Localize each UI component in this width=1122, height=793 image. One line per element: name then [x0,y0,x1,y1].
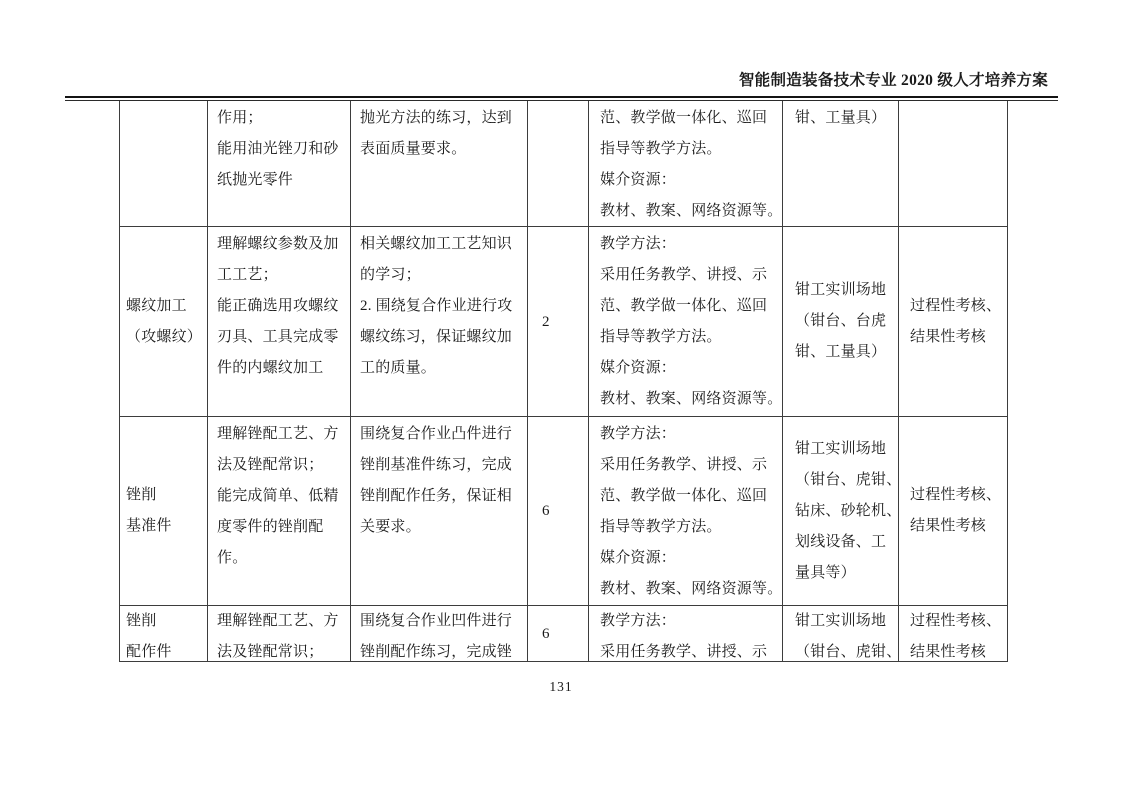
cell-text-line: 采用任务教学、讲授、示 [600,260,782,291]
cell-text-line: 法及锉配常识； [217,450,348,481]
cell-text-line: 范、教学做一体化、巡回 [600,481,782,512]
cell-text-line: （攻螺纹） [126,322,207,353]
cell-text-line: 相关螺纹加工工艺知识 [360,229,525,260]
cell-text-line: 过程性考核、 [910,291,1007,322]
cell-text-line: 抛光方法的练习，达到 [360,103,525,134]
cell-objectives: 理解锉配工艺、方法及锉配常识；能完成简单、低精度零件的锉削配作。 [208,417,351,606]
cell-text-line: 刃具、工具完成零 [217,322,348,353]
cell-venue-equipment: 钳、工量具） [783,101,899,227]
cell-text-line: 划线设备、工 [795,527,898,558]
cell-hours: 2 [528,227,589,417]
cell-assessment: 过程性考核、结果性考核 [899,227,1008,417]
cell-text-line: 范、教学做一体化、巡回 [600,103,782,134]
cell-text-line: 理解螺纹参数及加 [217,229,348,260]
cell-text-line: 教学方法： [600,419,782,450]
cell-text-line: 钻床、砂轮机、 [795,496,898,527]
cell-venue-equipment: 钳工实训场地（钳台、虎钳、钻床、砂轮机、划线设备、工量具等） [783,417,899,606]
cell-venue-equipment: 钳工实训场地（钳台、台虎钳、工量具） [783,227,899,417]
cell-text-line: （钳台、台虎 [795,306,898,337]
cell-text-line: 媒介资源： [600,165,782,196]
cell-text-line: 教材、教案、网络资源等。 [600,574,782,605]
cell-methods-resources: 范、教学做一体化、巡回指导等教学方法。媒介资源：教材、教案、网络资源等。 [589,101,783,227]
cell-hours: 6 [528,606,589,662]
cell-text-line: （钳台、虎钳、 [795,465,898,496]
table-row: 螺纹加工（攻螺纹） 理解螺纹参数及加工工艺；能正确选用攻螺纹刃具、工具完成零件的… [120,227,1008,417]
cell-unit [120,101,208,227]
cell-text-line: 2. 围绕复合作业进行攻 [360,291,525,322]
course-plan-table: 作用；能用油光锉刀和砂纸抛光零件 抛光方法的练习，达到表面质量要求。 范、教学做… [119,101,1008,662]
cell-text-line: 配作件 [126,637,207,662]
document-page: 智能制造装备技术专业 2020 级人才培养方案 作用；能用油光锉刀和砂纸抛光零件… [0,0,1122,793]
cell-text-line: 指导等教学方法。 [600,134,782,165]
cell-text-line: 量具等） [795,558,898,589]
cell-text-line: 钳、工量具） [795,103,898,134]
cell-text-line: 钳工实训场地 [795,606,898,637]
cell-text-line: 结果性考核 [910,511,1007,542]
cell-text-line: 媒介资源： [600,543,782,574]
cell-text-line: 能完成简单、低精 [217,481,348,512]
cell-text-line: 能正确选用攻螺纹 [217,291,348,322]
hours-value: 2 [542,313,588,331]
cell-text-line: 理解锉配工艺、方 [217,419,348,450]
cell-unit: 螺纹加工（攻螺纹） [120,227,208,417]
cell-text-line: 采用任务教学、讲授、示 [600,637,782,662]
cell-text-line: 媒介资源： [600,353,782,384]
page-header-title: 智能制造装备技术专业 2020 级人才培养方案 [65,68,1058,90]
hours-value: 6 [542,625,588,643]
cell-text-line: 钳工实训场地 [795,275,898,306]
cell-objectives: 理解螺纹参数及加工工艺；能正确选用攻螺纹刃具、工具完成零件的内螺纹加工 [208,227,351,417]
cell-text-line: 过程性考核、 [910,480,1007,511]
cell-text-line: 范、教学做一体化、巡回 [600,291,782,322]
cell-text-line: 件的内螺纹加工 [217,353,348,384]
cell-content: 相关螺纹加工工艺知识的学习；2. 围绕复合作业进行攻螺纹练习，保证螺纹加工的质量… [351,227,528,417]
cell-text-line: 过程性考核、 [910,606,1007,637]
cell-text-line: 作。 [217,543,348,574]
cell-text-line: 围绕复合作业凸件进行 [360,419,525,450]
cell-assessment: 过程性考核、结果性考核 [899,606,1008,662]
cell-text-line: 教材、教案、网络资源等。 [600,384,782,415]
cell-text-line: 理解锉配工艺、方 [217,606,348,637]
cell-assessment: 过程性考核、结果性考核 [899,417,1008,606]
cell-text-line: 指导等教学方法。 [600,322,782,353]
cell-text-line: 锉削基准件练习，完成 [360,450,525,481]
cell-content: 围绕复合作业凹件进行锉削配作练习，完成锉 [351,606,528,662]
cell-text-line: 教学方法： [600,606,782,637]
cell-unit: 锉削基准件 [120,417,208,606]
cell-text-line: 结果性考核 [910,637,1007,662]
cell-text-line: 锉削配作任务，保证相 [360,481,525,512]
cell-hours [528,101,589,227]
table-row: 锉削配作件 理解锉配工艺、方法及锉配常识； 围绕复合作业凹件进行锉削配作练习，完… [120,606,1008,662]
cell-text-line: 围绕复合作业凹件进行 [360,606,525,637]
cell-text-line: 作用； [217,103,348,134]
table-row: 锉削基准件 理解锉配工艺、方法及锉配常识；能完成简单、低精度零件的锉削配作。 围… [120,417,1008,606]
table-row: 作用；能用油光锉刀和砂纸抛光零件 抛光方法的练习，达到表面质量要求。 范、教学做… [120,101,1008,227]
cell-text-line: 钳、工量具） [795,337,898,368]
cell-text-line: 法及锉配常识； [217,637,348,662]
cell-text-line: 结果性考核 [910,322,1007,353]
cell-text-line: 钳工实训场地 [795,434,898,465]
cell-text-line: 度零件的锉削配 [217,512,348,543]
cell-text-line: 能用油光锉刀和砂 [217,134,348,165]
cell-methods-resources: 教学方法：采用任务教学、讲授、示范、教学做一体化、巡回指导等教学方法。媒介资源：… [589,417,783,606]
cell-content: 抛光方法的练习，达到表面质量要求。 [351,101,528,227]
cell-text-line: （钳台、虎钳、 [795,637,898,662]
cell-text-line: 纸抛光零件 [217,165,348,196]
cell-methods-resources: 教学方法：采用任务教学、讲授、示范、教学做一体化、巡回指导等教学方法。媒介资源：… [589,227,783,417]
cell-text-line: 工的质量。 [360,353,525,384]
cell-objectives: 理解锉配工艺、方法及锉配常识； [208,606,351,662]
cell-methods-resources: 教学方法：采用任务教学、讲授、示 [589,606,783,662]
cell-venue-equipment: 钳工实训场地（钳台、虎钳、 [783,606,899,662]
cell-text-line: 的学习； [360,260,525,291]
cell-content: 围绕复合作业凸件进行锉削基准件练习，完成锉削配作任务，保证相关要求。 [351,417,528,606]
cell-text-line: 教学方法： [600,229,782,260]
cell-objectives: 作用；能用油光锉刀和砂纸抛光零件 [208,101,351,227]
cell-text-line: 螺纹练习，保证螺纹加 [360,322,525,353]
cell-text-line: 指导等教学方法。 [600,512,782,543]
cell-assessment [899,101,1008,227]
cell-text-line: 基准件 [126,511,207,542]
cell-text-line: 工工艺； [217,260,348,291]
cell-text-line: 锉削 [126,480,207,511]
cell-text-line: 螺纹加工 [126,291,207,322]
cell-unit: 锉削配作件 [120,606,208,662]
cell-text-line: 锉削配作练习，完成锉 [360,637,525,662]
cell-text-line: 采用任务教学、讲授、示 [600,450,782,481]
page-number: 131 [0,679,1122,695]
cell-text-line: 教材、教案、网络资源等。 [600,196,782,227]
hours-value: 6 [542,502,588,520]
cell-text-line: 锉削 [126,606,207,637]
cell-hours: 6 [528,417,589,606]
cell-text-line: 关要求。 [360,512,525,543]
cell-text-line: 表面质量要求。 [360,134,525,165]
